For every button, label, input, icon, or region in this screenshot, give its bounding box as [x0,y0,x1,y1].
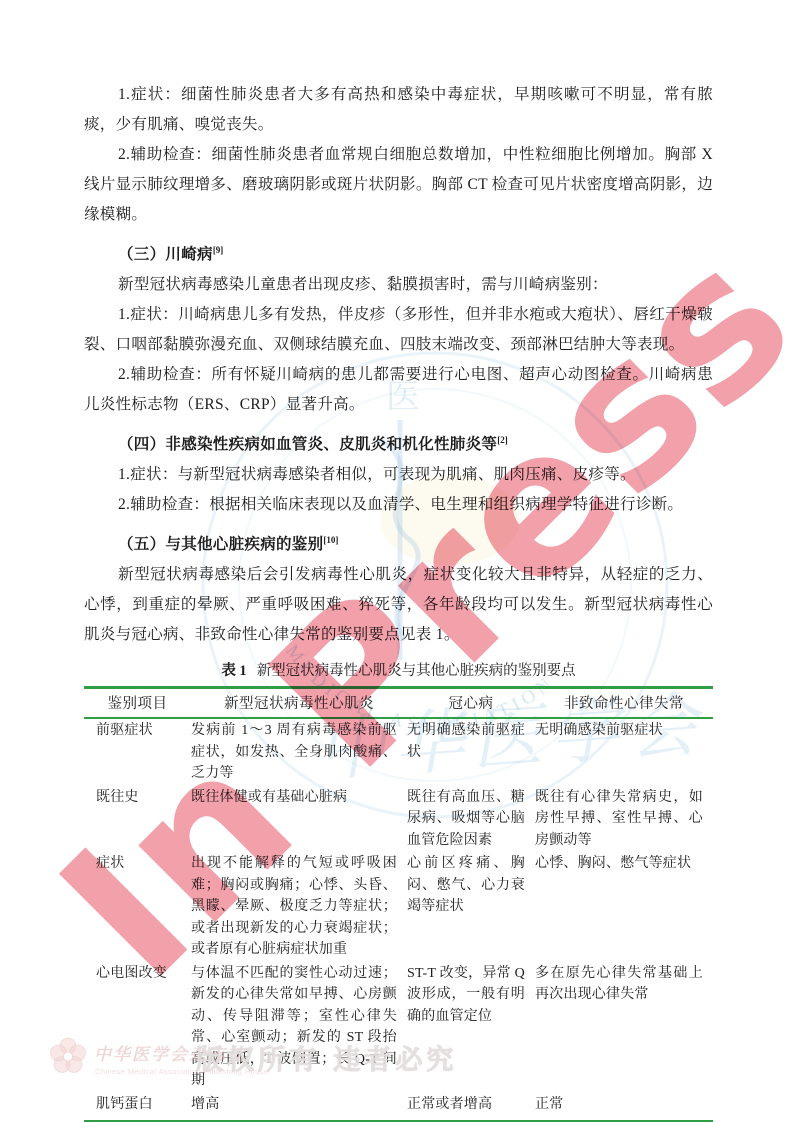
table-cell: 前驱症状 [84,718,191,786]
column-header-arrhythmia: 非致命性心律失常 [535,688,713,719]
table-caption-title: 新型冠状病毒性心肌炎与其他心脏疾病的鉴别要点 [257,663,576,679]
table-row: 肌钙蛋白 增高 正常或者增高 正常 [84,1093,713,1122]
table-cell: 心前区疼痛、胸闷、憋气、心力衰竭等症状 [407,852,535,962]
citation-ref: [9] [213,245,224,255]
table-cell: 正常或者增高 [407,1093,535,1122]
paragraph-text: 1.症状：细菌性肺炎患者大多有高热和感染中毒症状，早期咳嗽可不明显，常有脓痰，少… [84,86,713,133]
section-heading-noninfectious: （四）非感染性疾病如血管炎、皮肌炎和机化性肺炎等[2] [84,425,713,460]
paragraph-text: 2.辅助检查：细菌性肺炎患者血常规白细胞总数增加，中性粒细胞比例增加。胸部 X … [84,146,713,223]
heading-text: （三）川崎病 [118,246,213,263]
paragraph-noninfectious-symptoms: 1.症状：与新型冠状病毒感染者相似，可表现为肌痛、肌肉压痛、皮疹等。 [84,460,713,490]
table-cell: 既往有高血压、糖尿病、吸烟等心脑血管危险因素 [407,786,535,853]
column-header-covid-myocarditis: 新型冠状病毒性心肌炎 [191,688,407,719]
manuscript-body: 1.症状：细菌性肺炎患者大多有高热和感染中毒症状，早期咳嗽可不明显，常有脓痰，少… [84,80,713,1122]
section-heading-kawasaki: （三）川崎病[9] [84,235,713,270]
heading-text: （四）非感染性疾病如血管炎、皮肌炎和机化性肺炎等 [118,436,497,453]
paragraph-bacterial-symptoms: 1.症状：细菌性肺炎患者大多有高热和感染中毒症状，早期咳嗽可不明显，常有脓痰，少… [84,80,713,140]
differential-diagnosis-table: 鉴别项目 新型冠状病毒性心肌炎 冠心病 非致命性心律失常 前驱症状 发病前 1～… [84,686,713,1122]
paragraph-noninfectious-tests: 2.辅助检查：根据相关临床表现以及血清学、电生理和组织病理学特征进行诊断。 [84,490,713,520]
table-cell: 发病前 1～3 周有病毒感染前驱症状，如发热、全身肌肉酸痛、乏力等 [191,718,407,786]
table-cell: 正常 [535,1093,713,1122]
table-cell: 心电图改变 [84,962,191,1093]
column-header-chd: 冠心病 [407,688,535,719]
table-row: 既往史 既往体健或有基础心脏病 既往有高血压、糖尿病、吸烟等心脑血管危险因素 既… [84,786,713,853]
table-cell: ST-T 改变，异常 Q 波形成，一般有明确的血管定位 [407,962,535,1093]
table-cell: 无明确感染前驱症状 [407,718,535,786]
table-row: 症状 出现不能解释的气短或呼吸困难；胸闷或胸痛；心悸、头昏、黑矇、晕厥、极度乏力… [84,852,713,962]
paragraph-text: 1.症状：与新型冠状病毒感染者相似，可表现为肌痛、肌肉压痛、皮疹等。 [118,466,636,483]
paragraph-text: 新型冠状病毒感染儿童患者出现皮疹、黏膜损害时，需与川崎病鉴别： [118,276,608,293]
table-caption-label: 表 1 [221,663,246,679]
table-cell: 既往体健或有基础心脏病 [191,786,407,853]
paragraph-text: 2.辅助检查：所有怀疑川崎病的患儿都需要进行心电图、超声心动图检查。川崎病患儿炎… [84,366,713,413]
table-cell: 既往史 [84,786,191,853]
table-cell: 症状 [84,852,191,962]
paragraph-kawasaki-tests: 2.辅助检查：所有怀疑川崎病的患儿都需要进行心电图、超声心动图检查。川崎病患儿炎… [84,360,713,420]
table-cell: 无明确感染前驱症状 [535,718,713,786]
table-cell: 多在原先心律失常基础上再次出现心律失常 [535,962,713,1093]
column-header-item: 鉴别项目 [84,688,191,719]
citation-ref: [10] [323,535,338,545]
table-cell: 既往有心律失常病史，如房性早搏、室性早搏、心房颤动等 [535,786,713,853]
table-cell: 肌钙蛋白 [84,1093,191,1122]
paragraph-text: 2.辅助检查：根据相关临床表现以及血清学、电生理和组织病理学特征进行诊断。 [118,496,683,513]
citation-ref: [2] [497,435,508,445]
section-heading-cardiac: （五）与其他心脏疾病的鉴别[10] [84,525,713,560]
paragraph-kawasaki-intro: 新型冠状病毒感染儿童患者出现皮疹、黏膜损害时，需与川崎病鉴别： [84,270,713,300]
heading-text: （五）与其他心脏疾病的鉴别 [118,536,323,553]
table-cell: 与体温不匹配的窦性心动过速；新发的心律失常如早搏、心房颤动、传导阻滞等；室性心律… [191,962,407,1093]
plum-blossom-logo-icon [48,1036,88,1078]
paragraph-myocarditis: 新型冠状病毒感染后会引发病毒性心肌炎，症状变化较大且非特异，从轻症的乏力、心悸，… [84,560,713,650]
paragraph-bacterial-tests: 2.辅助检查：细菌性肺炎患者血常规白细胞总数增加，中性粒细胞比例增加。胸部 X … [84,140,713,230]
manuscript-page: 医 中华医学会 MEDICAL ASSOCIATION 1.症状：细菌性肺炎患者… [0,0,793,1122]
table-cell: 出现不能解释的气短或呼吸困难；胸闷或胸痛；心悸、头昏、黑矇、晕厥、极度乏力等症状… [191,852,407,962]
table-cell: 增高 [191,1093,407,1122]
table-caption: 表 1新型冠状病毒性心肌炎与其他心脏疾病的鉴别要点 [84,658,713,684]
table-header-row: 鉴别项目 新型冠状病毒性心肌炎 冠心病 非致命性心律失常 [84,688,713,719]
table-row: 心电图改变 与体温不匹配的窦性心动过速；新发的心律失常如早搏、心房颤动、传导阻滞… [84,962,713,1093]
table-cell: 心悸、胸闷、憋气等症状 [535,852,713,962]
paragraph-text: 1.症状：川崎病患儿多有发热，伴皮疹（多形性，但并非水疱或大疱状）、唇红干燥皲裂… [84,306,713,353]
table-row: 前驱症状 发病前 1～3 周有病毒感染前驱症状，如发热、全身肌肉酸痛、乏力等 无… [84,718,713,786]
paragraph-kawasaki-symptoms: 1.症状：川崎病患儿多有发热，伴皮疹（多形性，但并非水疱或大疱状）、唇红干燥皲裂… [84,300,713,360]
paragraph-text: 新型冠状病毒感染后会引发病毒性心肌炎，症状变化较大且非特异，从轻症的乏力、心悸，… [84,566,713,643]
